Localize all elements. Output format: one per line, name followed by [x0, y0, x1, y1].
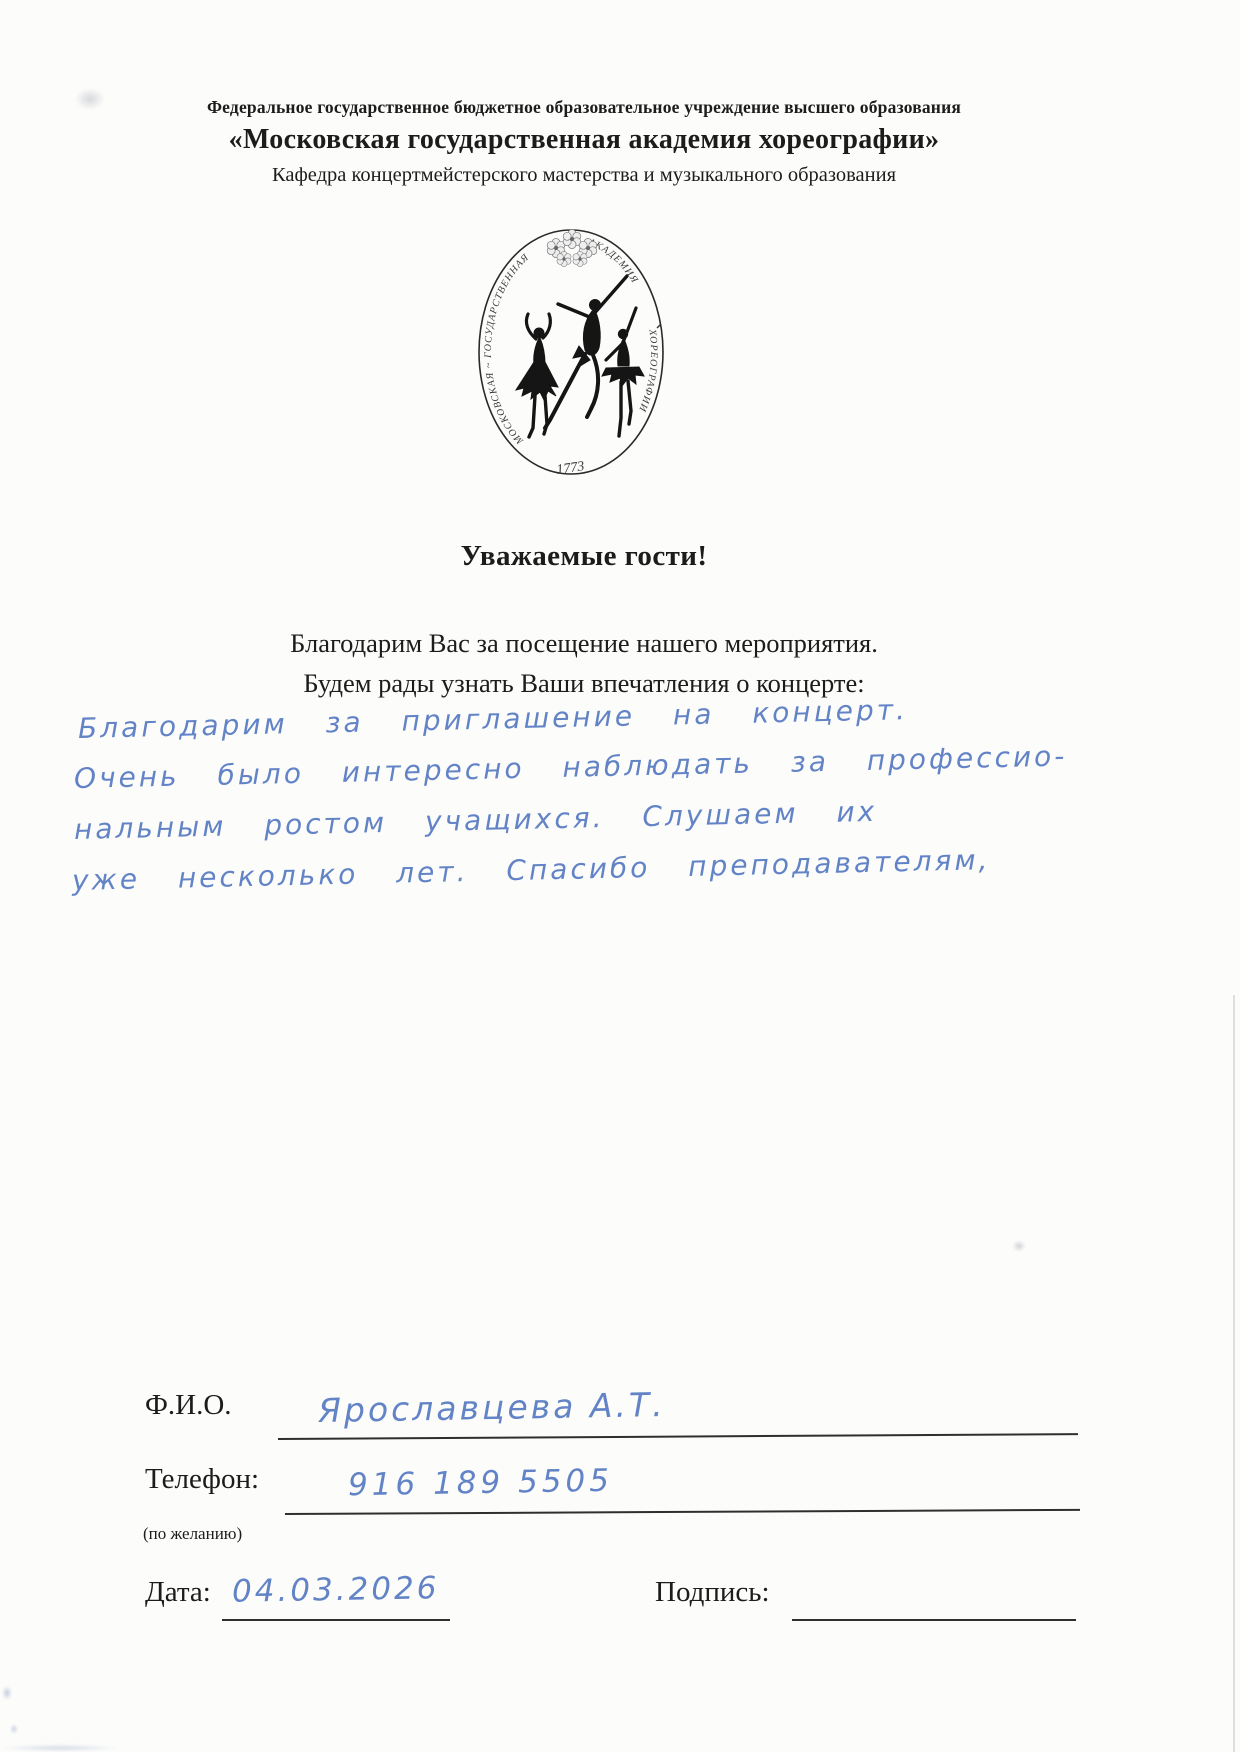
academy-emblem-svg: МОСКОВСКАЯ ~ ГОСУДАРСТВЕННАЯ АКАДЕМИЯ ХО… — [452, 206, 690, 498]
handwritten-feedback-line: нальным ростом учащихся. Слушаем их — [74, 795, 878, 846]
greeting-heading: Уважаемые гости! — [0, 540, 1168, 573]
emblem-arc-left-text: МОСКОВСКАЯ ~ ГОСУДАРСТВЕННАЯ — [483, 252, 532, 447]
academy-emblem: МОСКОВСКАЯ ~ ГОСУДАРСТВЕННАЯ АКАДЕМИЯ ХО… — [452, 206, 690, 498]
handwritten-feedback-line: уже несколько лет. Спасибо преподавателя… — [72, 843, 991, 897]
scan-blot — [10, 1724, 18, 1734]
handwritten-feedback-line: Очень было интересно наблюдать за профес… — [74, 739, 1068, 795]
header-institution-line: Федеральное государственное бюджетное об… — [0, 97, 1168, 118]
handwritten-feedback-line: Благодарим за приглашение на концерт. — [78, 693, 909, 745]
dancer-right-icon — [602, 308, 644, 436]
fio-label: Ф.И.О. — [145, 1389, 232, 1422]
scan-blot — [2, 1686, 12, 1700]
header-department-line: Кафедра концертмейстерского мастерства и… — [0, 164, 1168, 187]
fio-handwritten-value: Ярославцева А.Т. — [318, 1385, 666, 1430]
header-academy-name: «Московская государственная академия хор… — [0, 124, 1168, 156]
phone-label: Телефон: — [145, 1463, 259, 1496]
intro-line-2: Будем рады узнать Ваши впечатления о кон… — [0, 668, 1168, 699]
emblem-oval-border — [479, 230, 663, 474]
scan-blot — [0, 1744, 120, 1752]
signature-line — [792, 1619, 1076, 1621]
date-label: Дата: — [145, 1576, 211, 1609]
phone-line — [285, 1509, 1080, 1515]
phone-handwritten-value: 916 189 5505 — [348, 1463, 614, 1504]
emblem-year: 1773 — [556, 459, 586, 478]
intro-line-1: Благодарим Вас за посещение нашего мероп… — [0, 628, 1168, 659]
phone-optional-note: (по желанию) — [143, 1524, 242, 1544]
signature-label: Подпись: — [655, 1576, 770, 1609]
scan-edge-line — [1233, 995, 1235, 1752]
scan-speck — [1012, 1240, 1026, 1252]
fio-line — [278, 1433, 1078, 1440]
date-line — [222, 1619, 450, 1621]
floral-crest-icon — [547, 230, 597, 267]
scanned-feedback-form: Федеральное государственное бюджетное об… — [0, 0, 1240, 1752]
date-handwritten-value: 04.03.2026 — [232, 1570, 440, 1610]
